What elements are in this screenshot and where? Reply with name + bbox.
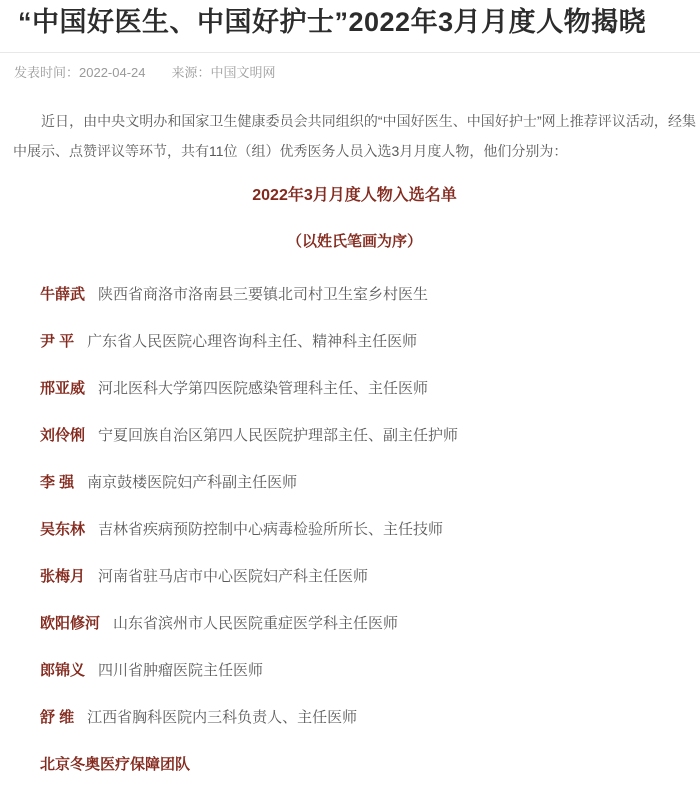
- list-item: 牛薛武陕西省商洛市洛南县三要镇北司村卫生室乡村医生: [40, 285, 696, 305]
- list-item: 欧阳修河山东省滨州市人民医院重症医学科主任医师: [40, 614, 696, 634]
- honoree-description: 陕西省商洛市洛南县三要镇北司村卫生室乡村医生: [98, 286, 428, 303]
- honoree-description: 吉林省疾病预防控制中心病毒检验所所长、主任技师: [98, 521, 443, 538]
- list-item: 舒 维江西省胸科医院内三科负责人、主任医师: [40, 708, 696, 728]
- honoree-description: 宁夏回族自治区第四人民医院护理部主任、副主任护师: [98, 427, 458, 444]
- honoree-description: 江西省胸科医院内三科负责人、主任医师: [87, 709, 357, 726]
- honoree-description: 四川省肿瘤医院主任医师: [98, 662, 263, 679]
- honoree-name: 北京冬奥医疗保障团队: [40, 756, 190, 773]
- list-item: 尹 平广东省人民医院心理咨询科主任、精神科主任医师: [40, 332, 696, 352]
- honoree-description: 广东省人民医院心理咨询科主任、精神科主任医师: [87, 333, 417, 350]
- list-item: 郎锦义四川省肿瘤医院主任医师: [40, 661, 696, 681]
- list-item: 邢亚威河北医科大学第四医院感染管理科主任、主任医师: [40, 379, 696, 399]
- honoree-name: 舒 维: [40, 709, 74, 726]
- page-title: “中国好医生、中国好护士”2022年3月月度人物揭晓: [18, 2, 694, 42]
- article-body: 近日，由中央文明办和国家卫生健康委员会共同组织的“中国好医生、中国好护士”网上推…: [0, 106, 700, 775]
- honoree-name: 尹 平: [40, 333, 74, 350]
- honoree-name: 郎锦义: [40, 662, 85, 679]
- list-item: 北京冬奥医疗保障团队: [40, 755, 696, 775]
- honoree-name: 刘伶俐: [40, 427, 85, 444]
- source-label: 来源：: [172, 65, 211, 80]
- list-item: 刘伶俐宁夏回族自治区第四人民医院护理部主任、副主任护师: [40, 426, 696, 446]
- honoree-description: 南京鼓楼医院妇产科副主任医师: [87, 474, 297, 491]
- article-meta: 发表时间：2022-04-24来源：中国文明网: [0, 53, 700, 82]
- list-item: 吴东林吉林省疾病预防控制中心病毒检验所所长、主任技师: [40, 520, 696, 540]
- list-item: 张梅月河南省驻马店市中心医院妇产科主任医师: [40, 567, 696, 587]
- intro-paragraph: 近日，由中央文明办和国家卫生健康委员会共同组织的“中国好医生、中国好护士”网上推…: [13, 106, 696, 166]
- honoree-name: 牛薛武: [40, 286, 85, 303]
- list-title: 2022年3月月度人物入选名单: [13, 186, 696, 206]
- honoree-description: 山东省滨州市人民医院重症医学科主任医师: [113, 615, 398, 632]
- honoree-list: 牛薛武陕西省商洛市洛南县三要镇北司村卫生室乡村医生 尹 平广东省人民医院心理咨询…: [13, 285, 696, 775]
- list-subtitle: （以姓氏笔画为序）: [13, 232, 696, 252]
- source-value: 中国文明网: [211, 65, 276, 80]
- honoree-name: 邢亚威: [40, 380, 85, 397]
- honoree-name: 欧阳修河: [40, 615, 100, 632]
- honoree-description: 河南省驻马店市中心医院妇产科主任医师: [98, 568, 368, 585]
- honoree-name: 吴东林: [40, 521, 85, 538]
- honoree-name: 李 强: [40, 474, 74, 491]
- honoree-description: 河北医科大学第四医院感染管理科主任、主任医师: [98, 380, 428, 397]
- publish-time-value: 2022-04-24: [79, 65, 146, 80]
- honoree-name: 张梅月: [40, 568, 85, 585]
- list-item: 李 强南京鼓楼医院妇产科副主任医师: [40, 473, 696, 493]
- publish-time-label: 发表时间：: [14, 65, 79, 80]
